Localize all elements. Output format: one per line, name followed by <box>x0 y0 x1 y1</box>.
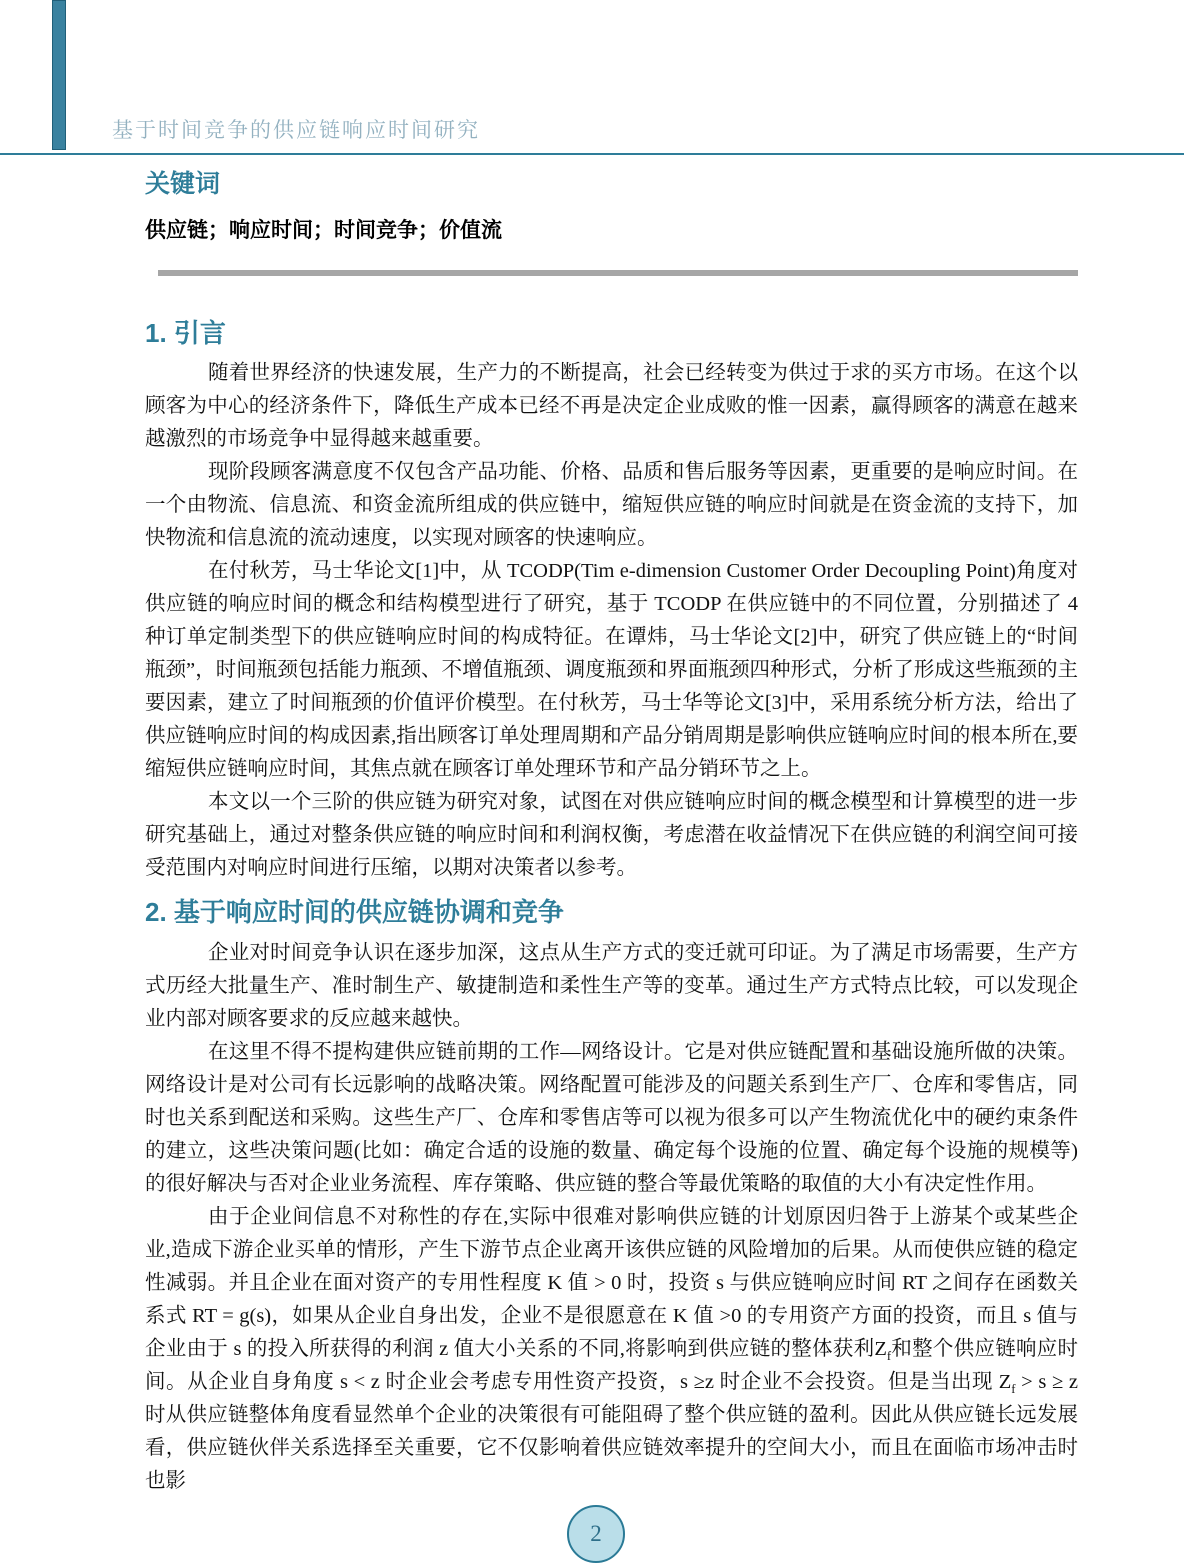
top-accent-bar <box>52 0 66 150</box>
paragraph: 本文以一个三阶的供应链为研究对象，试图在对供应链响应时间的概念模型和计算模型的进… <box>145 786 1078 885</box>
keywords-text: 供应链；响应时间；时间竞争；价值流 <box>145 218 1078 244</box>
section-divider-bar <box>158 270 1078 276</box>
document-body: 关键词 供应链；响应时间；时间竞争；价值流 1. 引言 随着世界经济的快速发展，… <box>145 170 1078 1498</box>
keywords-heading: 关键词 <box>145 170 1078 198</box>
paragraph: 现阶段顾客满意度不仅包含产品功能、价格、品质和售后服务等因素，更重要的是响应时间… <box>145 456 1078 555</box>
section-2-heading: 2. 基于响应时间的供应链协调和竞争 <box>145 897 1078 927</box>
paragraph: 在付秋芳，马士华论文[1]中，从 TCODP(Tim e-dimension C… <box>145 555 1078 786</box>
section-1-heading: 1. 引言 <box>145 318 1078 348</box>
paragraph: 企业对时间竞争认识在逐步加深，这点从生产方式的变迁就可印证。为了满足市场需要，生… <box>145 937 1078 1036</box>
page-number-badge: 2 <box>567 1505 625 1563</box>
running-header-title: 基于时间竞争的供应链响应时间研究 <box>112 114 480 144</box>
page-number: 2 <box>590 1521 602 1547</box>
paragraph: 随着世界经济的快速发展，生产力的不断提高，社会已经转变为供过于求的买方市场。在这… <box>145 357 1078 456</box>
header-rule <box>0 153 1184 155</box>
paragraph: 在这里不得不提构建供应链前期的工作—网络设计。它是对供应链配置和基础设施所做的决… <box>145 1036 1078 1201</box>
document-page: 基于时间竞争的供应链响应时间研究 关键词 供应链；响应时间；时间竞争；价值流 1… <box>0 0 1184 1564</box>
paragraph: 由于企业间信息不对称性的存在,实际中很难对影响供应链的计划原因归咎于上游某个或某… <box>145 1201 1078 1498</box>
